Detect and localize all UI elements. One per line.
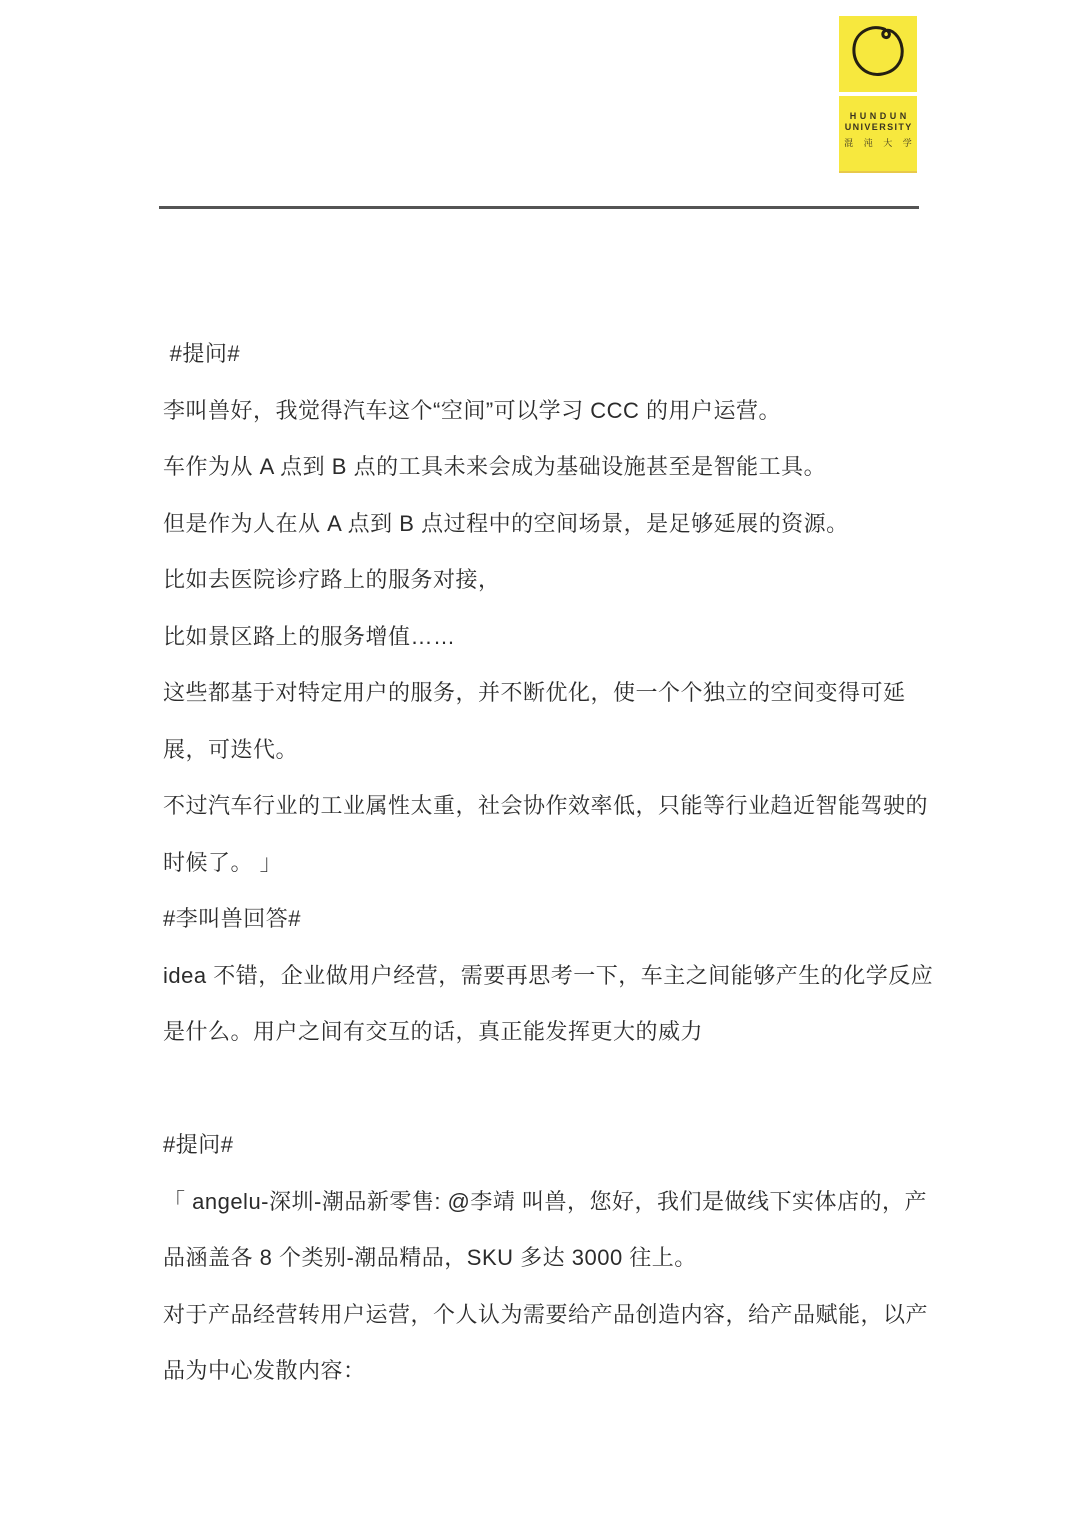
- text-line: 展，可迭代。: [163, 722, 925, 779]
- text-line-question-tag-1: #提问#: [163, 326, 925, 383]
- logo-circle-block: [839, 16, 917, 92]
- text-line: 但是作为人在从 A 点到 B 点过程中的空间场景，是足够延展的资源。: [163, 496, 925, 553]
- text-line: 比如景区路上的服务增值……: [163, 609, 925, 666]
- text-line: 比如去医院诊疗路上的服务对接，: [163, 552, 925, 609]
- text-line: idea 不错，企业做用户经营，需要再思考一下，车主之间能够产生的化学反应: [163, 948, 925, 1005]
- text-line: 时候了。 」: [163, 835, 925, 892]
- logo-wordmark-line2: UNIVERSITY: [840, 122, 917, 133]
- logo-wordmark-line3: 混 沌 大 学: [843, 138, 917, 149]
- hundun-logo: HUNDUN UNIVERSITY 混 沌 大 学: [839, 16, 917, 173]
- enso-circle-icon: [845, 20, 911, 89]
- text-line: 不过汽车行业的工业属性太重，社会协作效率低，只能等行业趋近智能驾驶的: [163, 778, 925, 835]
- logo-wordmark-line1: HUNDUN: [843, 111, 918, 122]
- text-line-question-tag-2: #提问#: [163, 1117, 925, 1174]
- text-line-answer-tag: #李叫兽回答#: [163, 891, 925, 948]
- text-line: 品为中心发散内容：: [163, 1343, 925, 1400]
- text-line: 这些都基于对特定用户的服务，并不断优化，使一个个独立的空间变得可延: [163, 665, 925, 722]
- text-line: 李叫兽好，我觉得汽车这个“空间”可以学习 CCC 的用户运营。: [163, 383, 925, 440]
- logo-wordmark: HUNDUN UNIVERSITY 混 沌 大 学: [839, 96, 917, 173]
- text-line: 是什么。用户之间有交互的话，真正能发挥更大的威力: [163, 1004, 925, 1061]
- text-line: 对于产品经营转用户运营，个人认为需要给产品创造内容，给产品赋能，以产: [163, 1287, 925, 1344]
- document-body: #提问# 李叫兽好，我觉得汽车这个“空间”可以学习 CCC 的用户运营。 车作为…: [163, 326, 925, 1400]
- text-line-blank: [163, 1061, 925, 1118]
- text-line: 品涵盖各 8 个类别-潮品精品，SKU 多达 3000 往上。: [163, 1230, 925, 1287]
- text-line: 车作为从 A 点到 B 点的工具未来会成为基础设施甚至是智能工具。: [163, 439, 925, 496]
- header-divider: [159, 206, 919, 209]
- document-page: HUNDUN UNIVERSITY 混 沌 大 学 #提问# 李叫兽好，我觉得汽…: [0, 0, 1080, 1528]
- text-line: 「 angelu-深圳-潮品新零售: @李靖 叫兽，您好，我们是做线下实体店的，…: [163, 1174, 925, 1231]
